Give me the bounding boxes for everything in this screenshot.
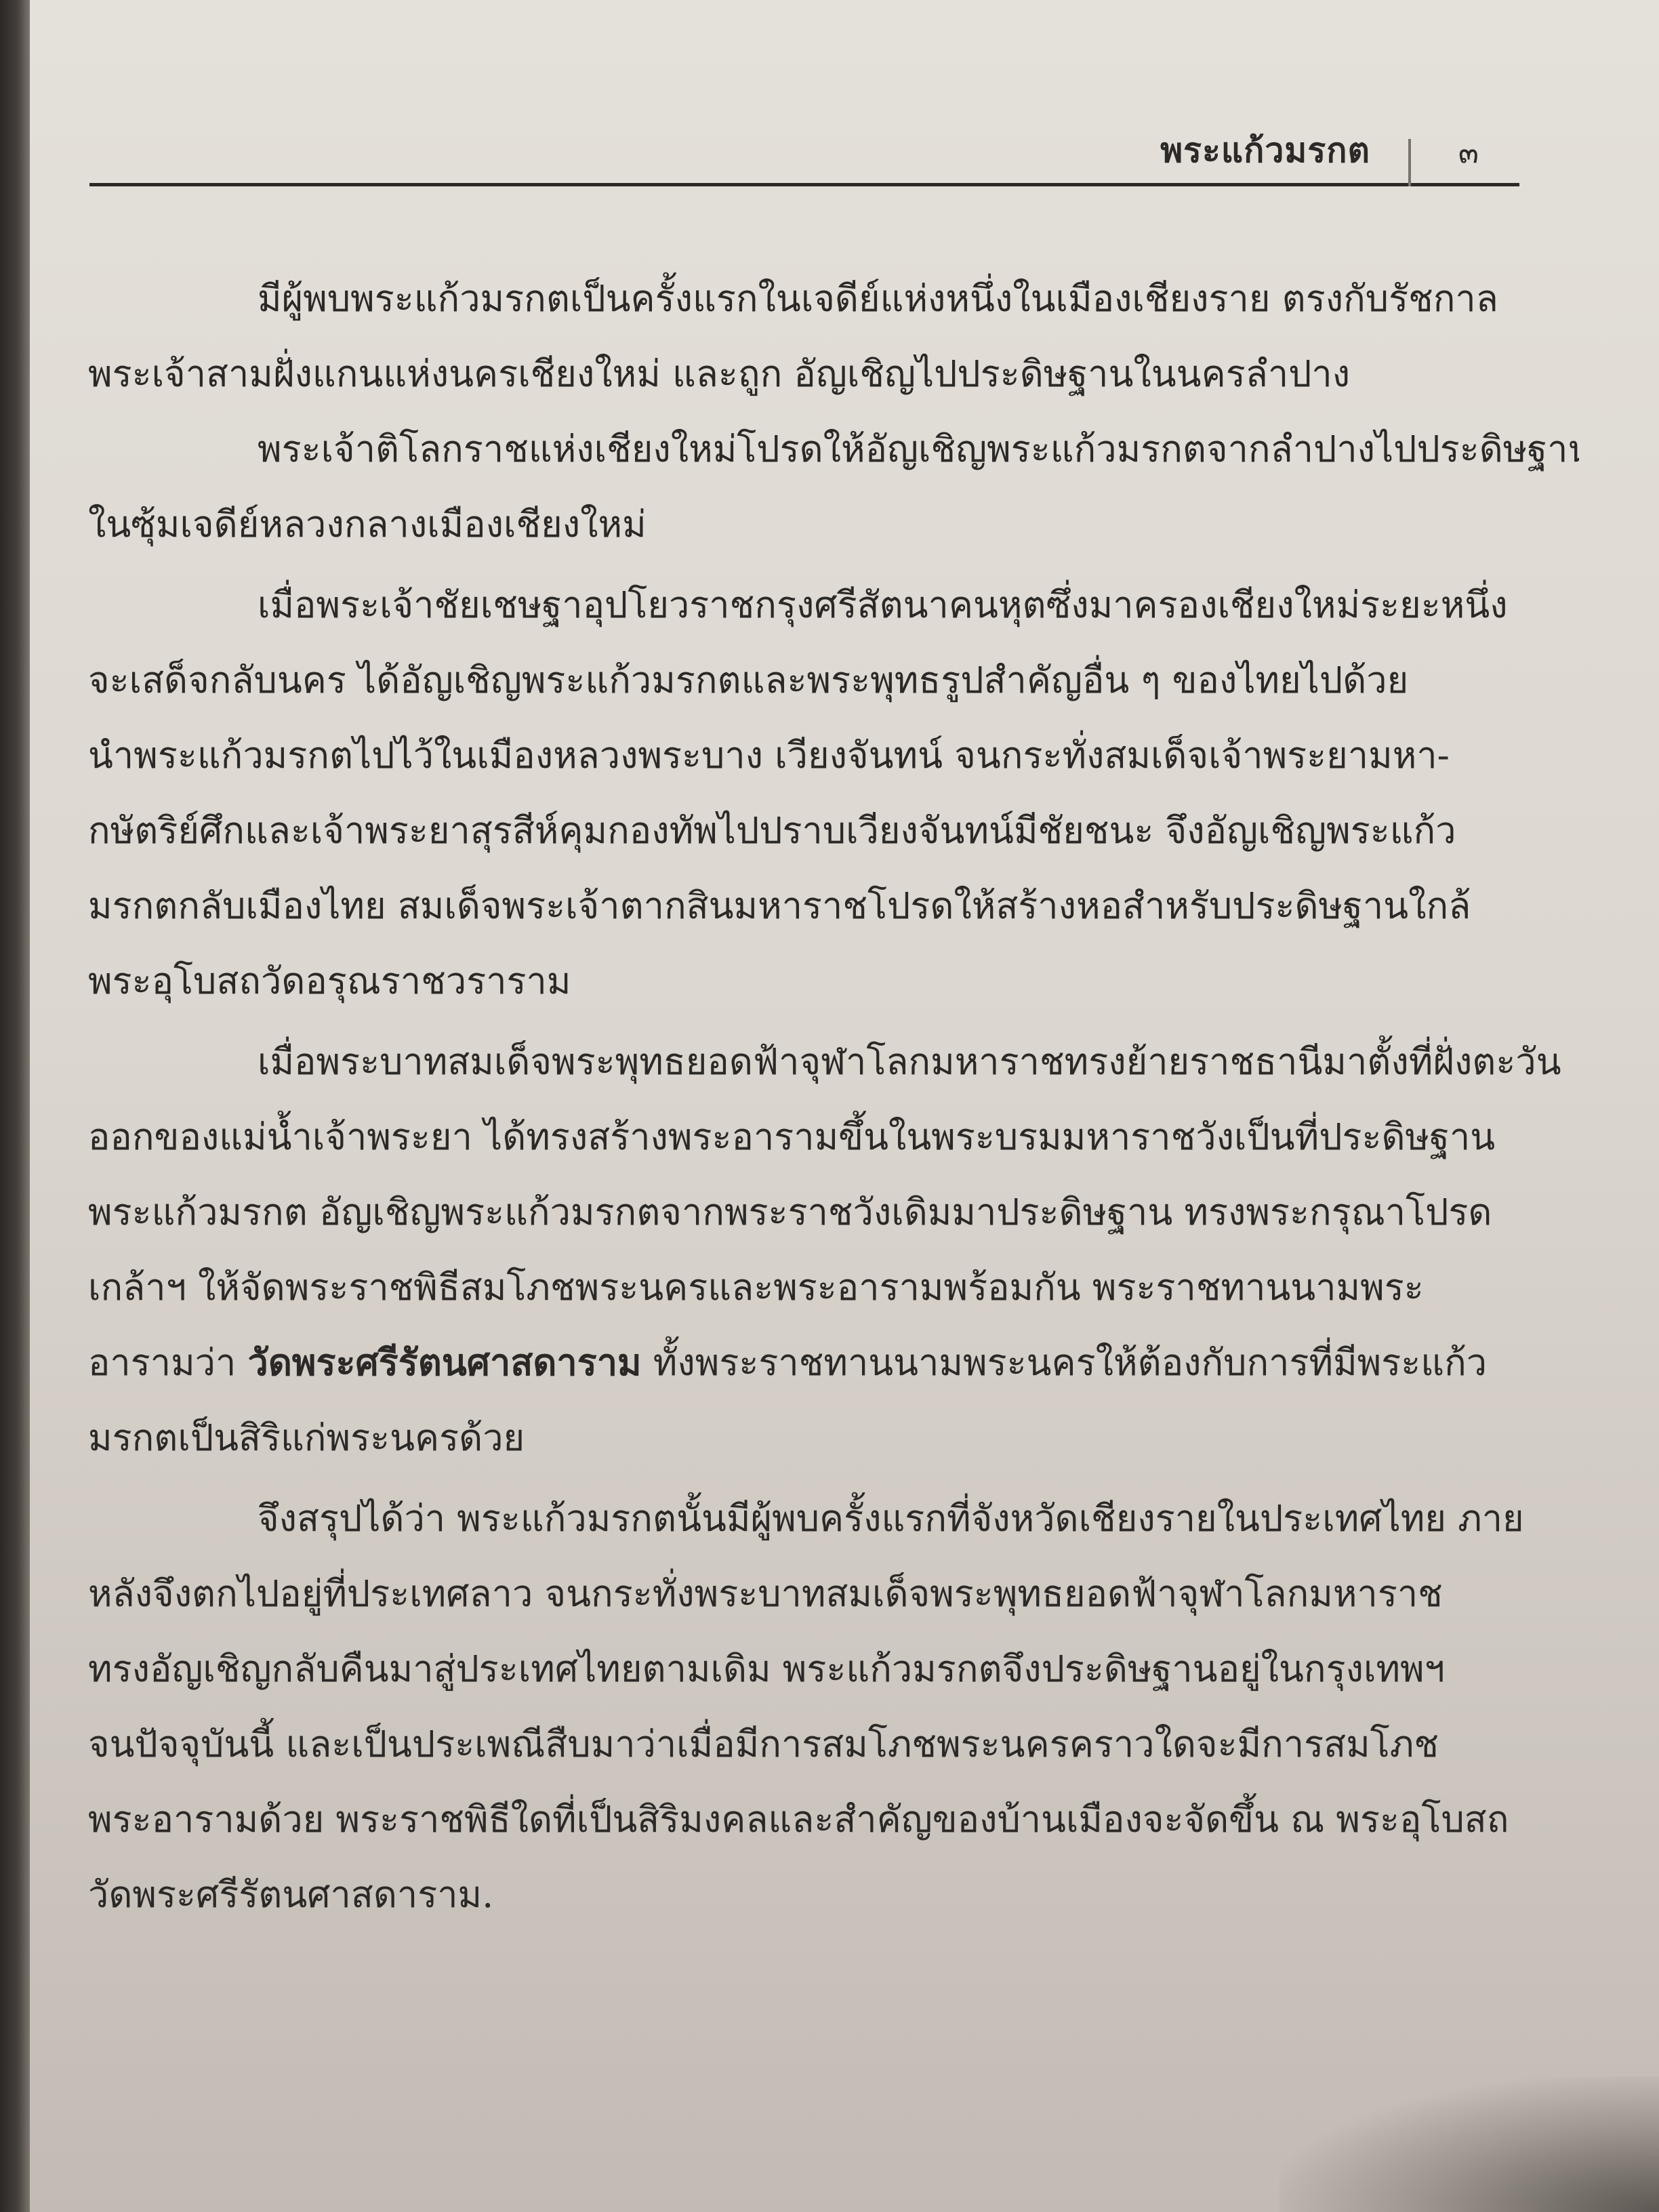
running-header: พระแก้วมรกต ๓ [89, 129, 1519, 186]
text-line: จะเสด็จกลับนคร ได้อัญเชิญพระแก้วมรกตและพ… [88, 642, 1579, 718]
paragraph-5: จึงสรุปได้ว่า พระแก้วมรกตนั้นมีผู้พบครั้… [88, 1481, 1579, 1932]
paragraph-3: เมื่อพระเจ้าชัยเชษฐาอุปโยวราชกรุงศรีสัตน… [88, 567, 1579, 1019]
text-line: เกล้าฯ ให้จัดพระราชพิธีสมโภชพระนครและพระ… [88, 1250, 1579, 1325]
text-line: วัดพระศรีรัตนศาสดาราม. [88, 1857, 1579, 1932]
text-line: มรกตเป็นสิริแก่พระนครด้วย [88, 1400, 1579, 1475]
page-number: ๓ [1458, 129, 1479, 176]
hand-shadow [1279, 2076, 1659, 2212]
paragraph-4: เมื่อพระบาทสมเด็จพระพุทธยอดฟ้าจุฬาโลกมหา… [88, 1024, 1579, 1475]
text-line: หลังจึงตกไปอยู่ที่ประเทศลาว จนกระทั่งพระ… [88, 1556, 1579, 1631]
text-line: พระเจ้าสามฝั่งแกนแห่งนครเชียงใหม่ และถูก… [88, 336, 1579, 411]
text-line: พระเจ้าติโลกราชแห่งเชียงใหม่โปรดให้อัญเช… [88, 411, 1579, 487]
text-line: จนปัจจุบันนี้ และเป็นประเพณีสืบมาว่าเมื่… [88, 1706, 1579, 1782]
header-title: พระแก้วมรกต [1160, 124, 1370, 178]
text-line: ในซุ้มเจดีย์หลวงกลางเมืองเชียงใหม่ [88, 487, 1579, 562]
text-line: ออกของแม่น้ำเจ้าพระยา ได้ทรงสร้างพระอารา… [88, 1099, 1579, 1174]
text-line: พระอุโบสถวัดอรุณราชวราราม [88, 943, 1579, 1019]
text-line: จึงสรุปได้ว่า พระแก้วมรกตนั้นมีผู้พบครั้… [88, 1481, 1579, 1556]
text-line: พระแก้วมรกต อัญเชิญพระแก้วมรกตจากพระราชว… [88, 1174, 1579, 1250]
header-divider [1408, 139, 1411, 186]
text-segment: อารามว่า [88, 1341, 248, 1384]
text-line: กษัตริย์ศึกและเจ้าพระยาสุรสีห์คุมกองทัพไ… [88, 793, 1579, 868]
text-line: เมื่อพระเจ้าชัยเชษฐาอุปโยวราชกรุงศรีสัตน… [88, 567, 1579, 642]
text-line: พระอารามด้วย พระราชพิธีใดที่เป็นสิริมงคล… [88, 1782, 1579, 1857]
book-binding-edge [0, 0, 30, 2212]
paragraph-1: มีผู้พบพระแก้วมรกตเป็นครั้งแรกในเจดีย์แห… [88, 261, 1579, 411]
temple-name-bold: วัดพระศรีรัตนศาสดาราม [248, 1340, 642, 1384]
text-line: ทรงอัญเชิญกลับคืนมาสู่ประเทศไทยตามเดิม พ… [88, 1631, 1579, 1706]
text-line: นำพระแก้วมรกตไปไว้ในเมืองหลวงพระบาง เวีย… [88, 718, 1579, 793]
text-segment: ทั้งพระราชทานนามพระนครให้ต้องกับการที่มี… [642, 1341, 1487, 1384]
text-line: มรกตกลับเมืองไทย สมเด็จพระเจ้าตากสินมหาร… [88, 868, 1579, 943]
book-page: พระแก้วมรกต ๓ มีผู้พบพระแก้วมรกตเป็นครั้… [30, 0, 1659, 2212]
text-line: เมื่อพระบาทสมเด็จพระพุทธยอดฟ้าจุฬาโลกมหา… [88, 1024, 1579, 1099]
text-line-with-temple-name: อารามว่า วัดพระศรีรัตนศาสดาราม ทั้งพระรา… [88, 1325, 1579, 1400]
paragraph-2: พระเจ้าติโลกราชแห่งเชียงใหม่โปรดให้อัญเช… [88, 411, 1579, 562]
text-line: มีผู้พบพระแก้วมรกตเป็นครั้งแรกในเจดีย์แห… [88, 261, 1579, 336]
body-text: มีผู้พบพระแก้วมรกตเป็นครั้งแรกในเจดีย์แห… [88, 261, 1579, 1932]
